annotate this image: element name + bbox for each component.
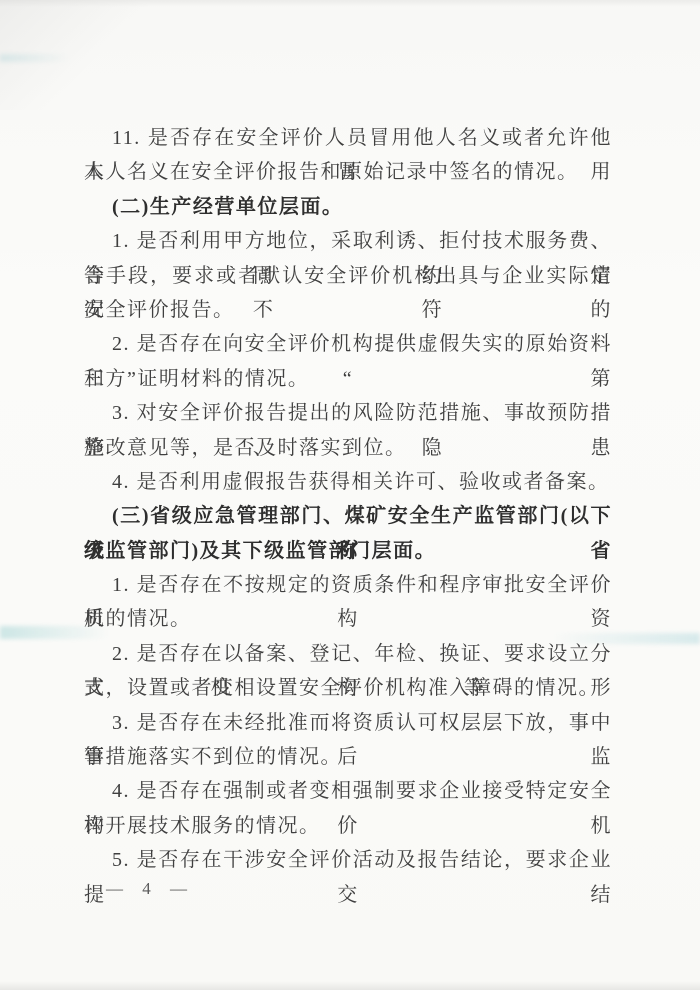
text-line: 1. 是否利用甲方地位，采取利诱、拒付技术服务费、合同约定 (84, 224, 612, 258)
scan-corner-shade (0, 0, 150, 110)
text-line: 11. 是否存在安全评价人员冒用他人名义或者允许他人冒用 (84, 121, 612, 155)
scan-edge-top (0, 0, 700, 7)
section-heading: (三)省级应急管理部门、煤矿安全生产监管部门(以下统称省 (84, 499, 612, 533)
text-line: 4. 是否利用虚假报告获得相关许可、验收或者备案。 (84, 465, 612, 499)
text-line: 4. 是否存在强制或者变相强制要求企业接受特定安全评价机 (84, 774, 612, 808)
text-line: 本人名义在安全评价报告和原始记录中签名的情况。 (84, 155, 612, 189)
text-line: 等手段，要求或者默认安全评价机构出具与企业实际情况不符的 (84, 259, 612, 293)
scan-edge-bottom (0, 981, 700, 990)
scanned-document-page: 11. 是否存在安全评价人员冒用他人名义或者允许他人冒用 本人名义在安全评价报告… (0, 0, 700, 990)
scan-streak-top-left (0, 54, 70, 62)
page-number: — 4 — (106, 879, 190, 899)
text-line: 2. 是否存在以备案、登记、年检、换证、要求设立分支机构等形 (84, 637, 612, 671)
text-line: 5. 是否存在干涉安全评价活动及报告结论，要求企业提交结 (84, 843, 612, 877)
section-heading: (二)生产经营单位层面。 (84, 190, 612, 224)
text-line: 1. 是否存在不按规定的资质条件和程序审批安全评价机构资 (84, 568, 612, 602)
text-line: 2. 是否存在向安全评价机构提供虚假失实的原始资料和“第 (84, 327, 612, 361)
text-line: 式，设置或者变相设置安全评价机构准入障碍的情况。 (84, 671, 612, 705)
document-body: 11. 是否存在安全评价人员冒用他人名义或者允许他人冒用 本人名义在安全评价报告… (84, 121, 612, 878)
text-line: 3. 是否存在未经批准而将资质认可权层层下放，事中事后监 (84, 706, 612, 740)
text-line: 3. 对安全评价报告提出的风险防范措施、事故预防措施、隐患 (84, 396, 612, 430)
